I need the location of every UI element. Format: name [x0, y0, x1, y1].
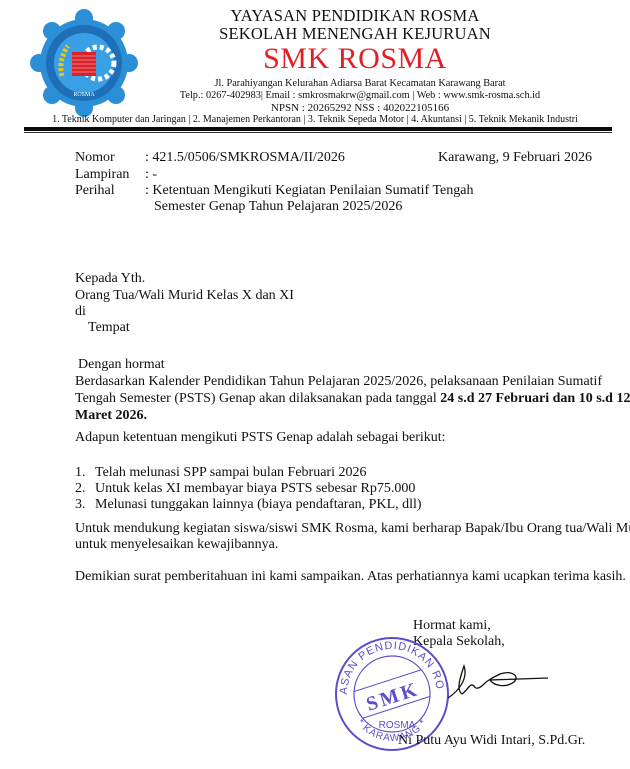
foundation-name: YAYASAN PENDIDIKAN ROSMA	[210, 6, 500, 26]
paragraph-3-line-1: Untuk mendukung kegiatan siswa/siswi SMK…	[75, 520, 630, 537]
list-item-2-text: Untuk kelas XI membayar biaya PSTS sebes…	[95, 480, 415, 497]
greeting: Dengan hormat	[78, 356, 165, 373]
recipient-line-4: Tempat	[88, 319, 130, 336]
school-contact: Telp.: 0267-402983| Email : smkrosmakrw@…	[150, 90, 570, 101]
letterhead-divider-thin	[24, 132, 612, 133]
school-address: Jl. Parahiyangan Kelurahan Adiarsa Barat…	[150, 78, 570, 89]
paragraph-1-line-2-text: Tengah Semester (PSTS) Genap akan dilaks…	[75, 391, 440, 406]
perihal-value-2: Semester Genap Tahun Pelajaran 2025/2026	[154, 198, 402, 215]
paragraph-1-line-2: Tengah Semester (PSTS) Genap akan dilaks…	[75, 390, 575, 407]
school-logo: ROSMA	[28, 8, 140, 118]
recipient-line-2: Orang Tua/Wali Murid Kelas X dan XI	[75, 287, 294, 304]
letterhead-divider	[24, 127, 612, 131]
signature	[440, 660, 550, 705]
school-npsn-nss: NPSN : 20265292 NSS : 402022105166	[150, 102, 570, 114]
paragraph-2: Adapun ketentuan mengikuti PSTS Genap ad…	[75, 429, 446, 446]
nomor-value: : 421.5/0506/SMKROSMA/II/2026	[145, 149, 345, 166]
svg-text:ROSMA: ROSMA	[379, 720, 416, 731]
exam-dates: 24 s.d 27 Februari dan 10 s.d 12	[440, 391, 630, 406]
place-date: Karawang, 9 Februari 2026	[438, 149, 592, 166]
paragraph-1: Berdasarkan Kalender Pendidikan Tahun Pe…	[75, 373, 575, 424]
list-item-1-text: Telah melunasi SPP sampai bulan Februari…	[95, 464, 366, 481]
perihal-label: Perihal	[75, 182, 115, 199]
recipient-line-3: di	[75, 303, 86, 320]
list-item-3-num: 3.	[75, 496, 86, 513]
recipient-line-1: Kepada Yth.	[75, 270, 145, 287]
perihal-value-1: : Ketentuan Mengikuti Kegiatan Penilaian…	[145, 182, 473, 199]
lampiran-value: : -	[145, 166, 157, 183]
school-programs: 1. Teknik Komputer dan Jaringan | 2. Man…	[10, 114, 620, 125]
list-item-3-text: Melunasi tunggakan lainnya (biaya pendaf…	[95, 496, 422, 513]
svg-text:ROSMA: ROSMA	[73, 92, 95, 98]
nomor-label: Nomor	[75, 149, 115, 166]
paragraph-1-line-1: Berdasarkan Kalender Pendidikan Tahun Pe…	[75, 373, 575, 390]
svg-text:SMK: SMK	[364, 678, 423, 716]
paragraph-3-line-2: untuk menyelesaikan kewajibannya.	[75, 536, 278, 553]
list-item-1-num: 1.	[75, 464, 86, 481]
exam-dates-end: Maret 2026.	[75, 407, 575, 424]
school-type: SEKOLAH MENENGAH KEJURUAN	[210, 24, 500, 44]
lampiran-label: Lampiran	[75, 166, 129, 183]
list-item-2-num: 2.	[75, 480, 86, 497]
paragraph-4: Demikian surat pemberitahuan ini kami sa…	[75, 568, 626, 585]
signatory-name: Ni Putu Ayu Widi Intari, S.Pd.Gr.	[398, 732, 585, 749]
school-name: SMK ROSMA	[210, 42, 500, 76]
